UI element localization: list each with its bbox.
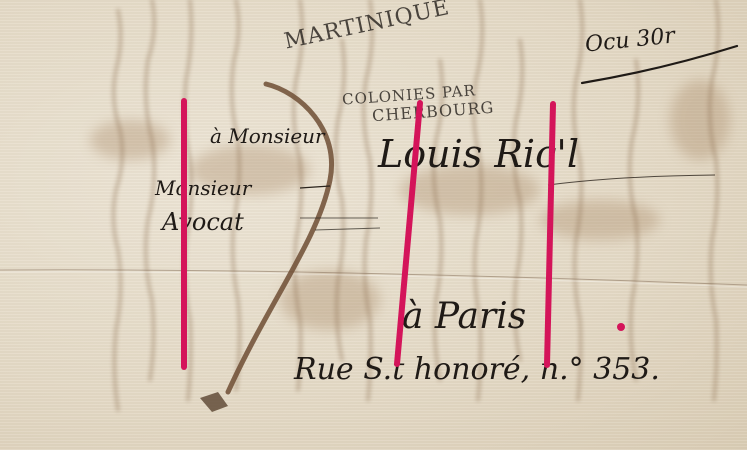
marker-dot xyxy=(617,323,625,331)
marker-line-right xyxy=(547,104,553,365)
marker-line-center xyxy=(397,103,420,364)
marker-annotations xyxy=(0,0,747,450)
letter-cover: 7 MARTINIQUE COLONIES PAR CHERBOURG Ocu … xyxy=(0,0,747,450)
